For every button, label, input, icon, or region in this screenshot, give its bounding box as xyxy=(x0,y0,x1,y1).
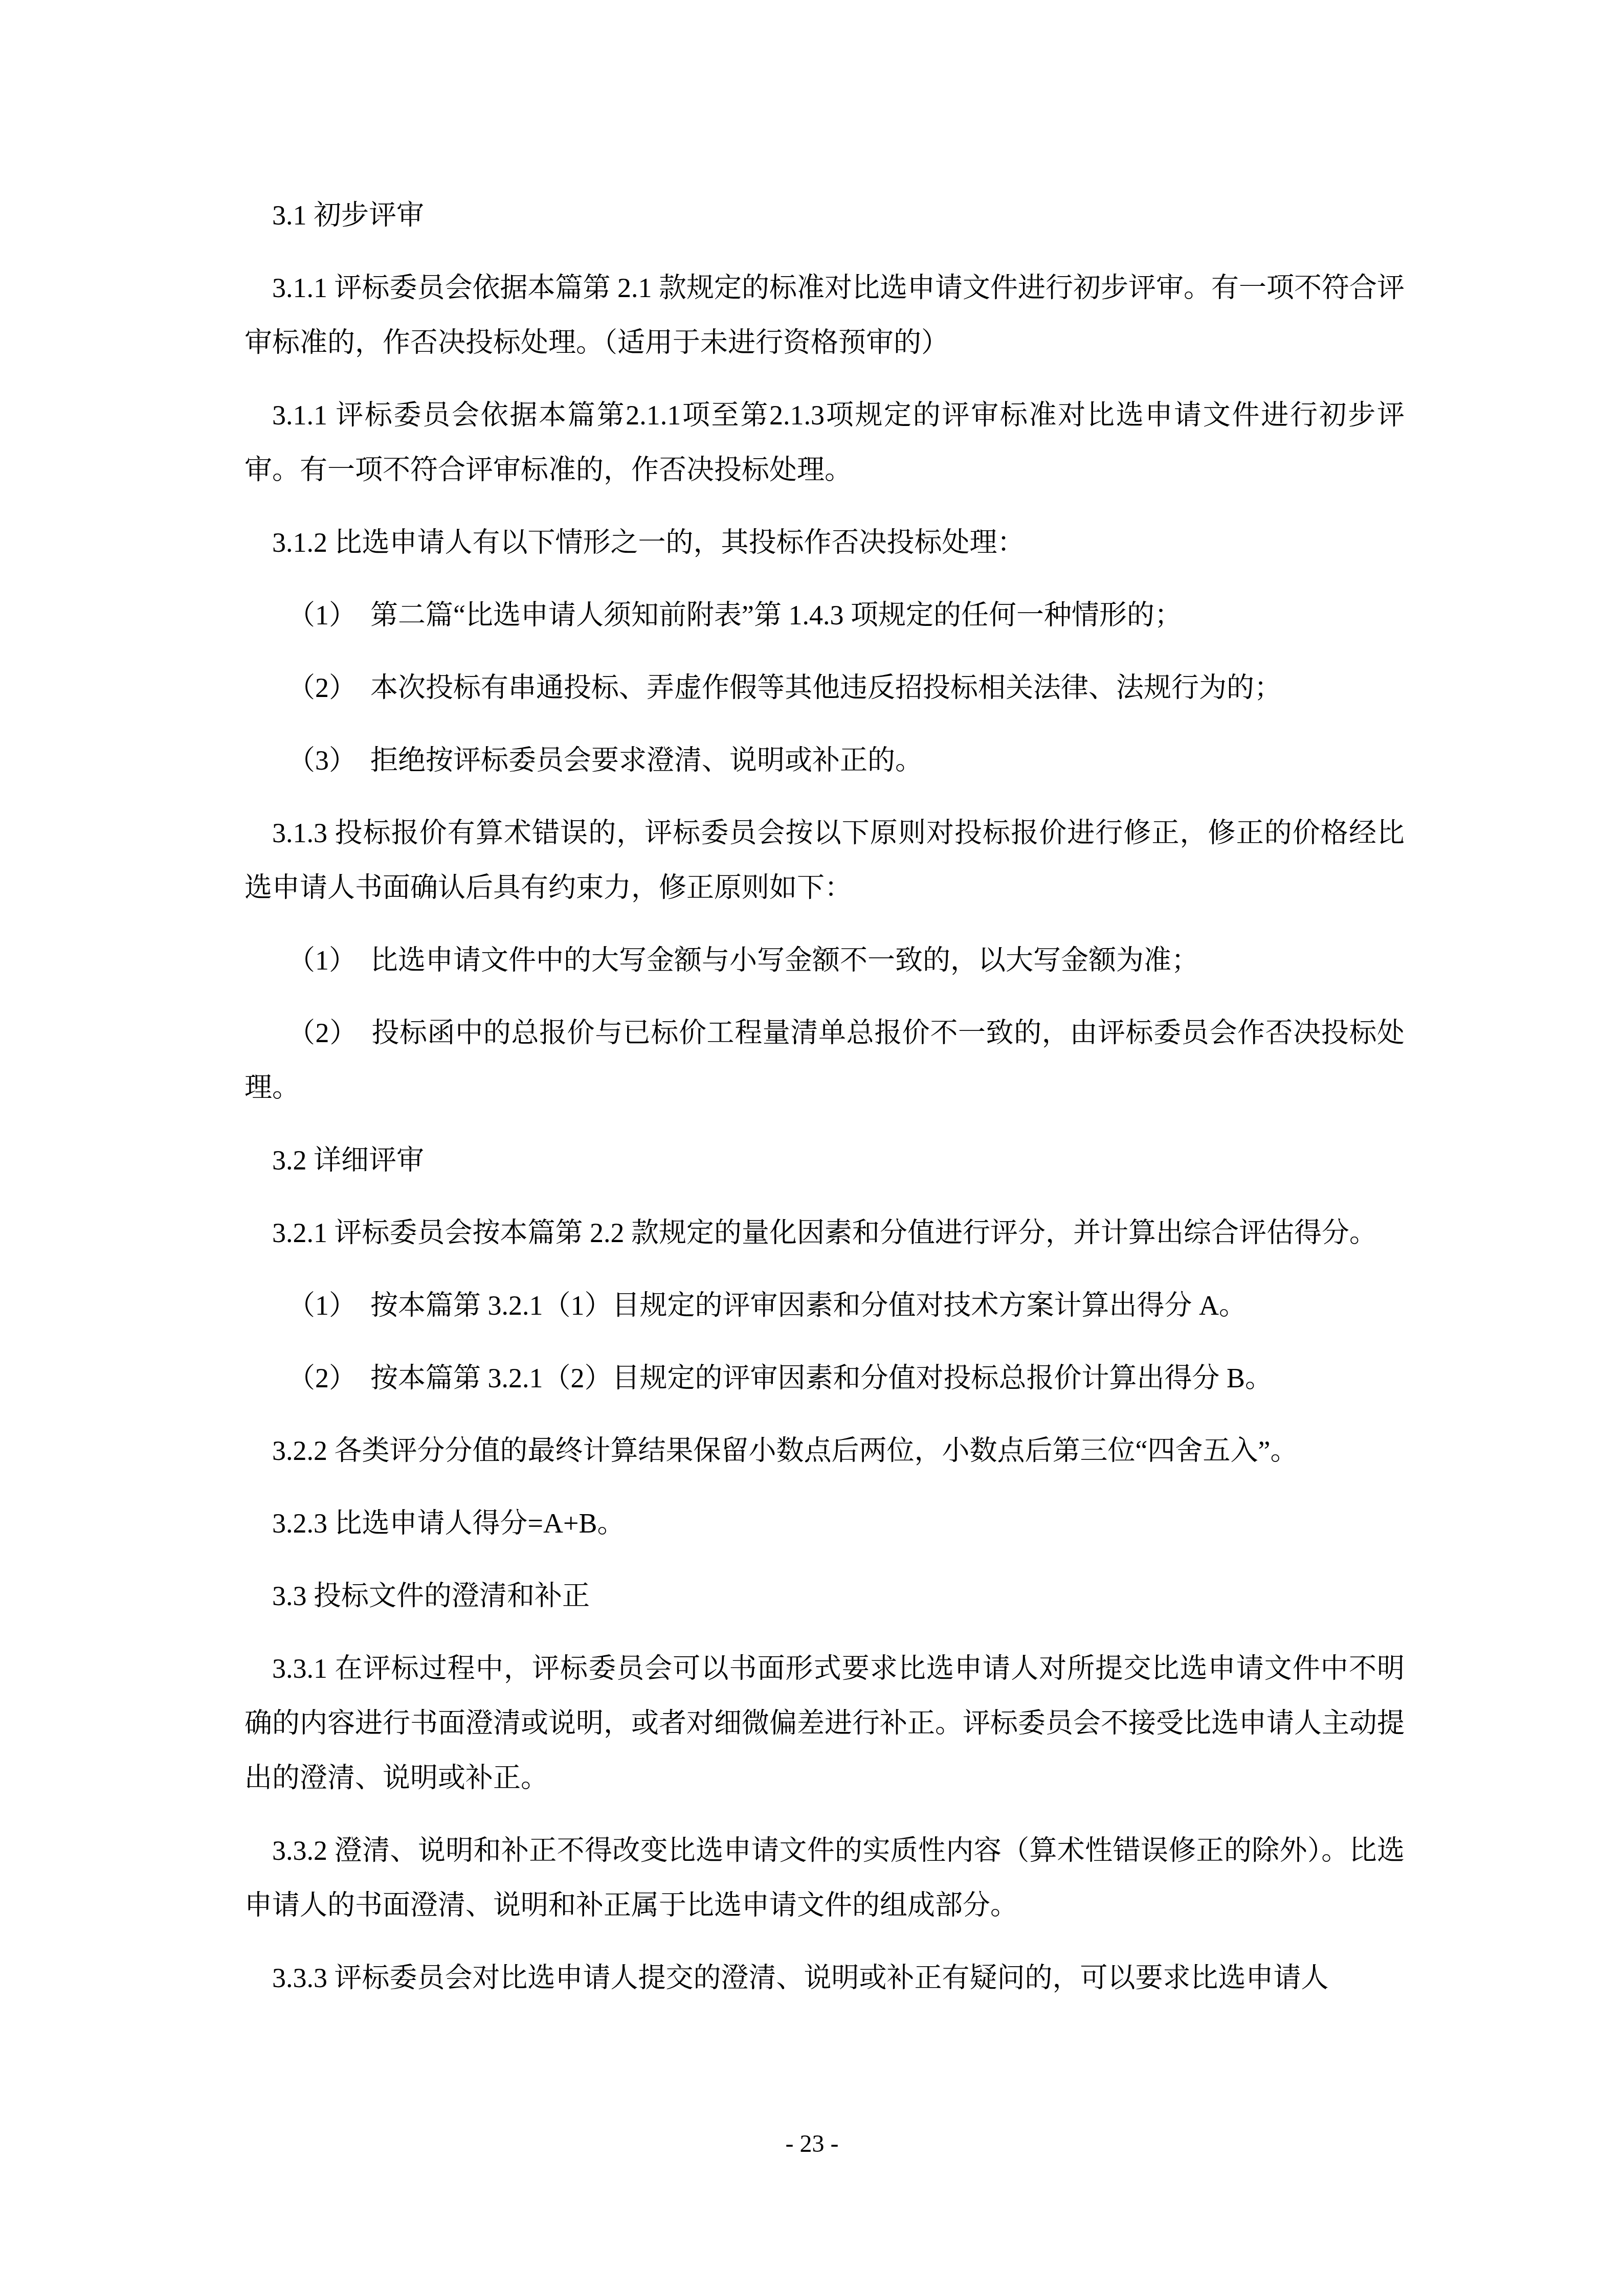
clause-3-1-heading: 3.1 初步评审 xyxy=(244,188,1405,243)
item-3-2-1-1: （1） 按本篇第 3.2.1（1）目规定的评审因素和分值对技术方案计算出得分 A… xyxy=(244,1278,1405,1333)
clause-3-3-3: 3.3.3 评标委员会对比选申请人提交的澄清、说明或补正有疑问的，可以要求比选申… xyxy=(244,1951,1405,2006)
clause-3-2-3: 3.2.3 比选申请人得分=A+B。 xyxy=(244,1496,1405,1551)
clause-3-3-1: 3.3.1 在评标过程中，评标委员会可以书面形式要求比选申请人对所提交比选申请文… xyxy=(244,1641,1405,1806)
page-number: - 23 - xyxy=(0,2130,1624,2158)
item-3-2-1-2: （2） 按本篇第 3.2.1（2）目规定的评审因素和分值对投标总报价计算出得分 … xyxy=(244,1351,1405,1406)
clause-3-2-heading: 3.2 详细评审 xyxy=(244,1133,1405,1188)
clause-3-2-1: 3.2.1 评标委员会按本篇第 2.2 款规定的量化因素和分值进行评分，并计算出… xyxy=(244,1206,1405,1260)
clause-3-1-3: 3.1.3 投标报价有算术错误的，评标委员会按以下原则对投标报价进行修正，修正的… xyxy=(244,806,1405,915)
clause-3-1-1-b: 3.1.1 评标委员会依据本篇第2.1.1项至第2.1.3项规定的评审标准对比选… xyxy=(244,388,1405,498)
item-3-1-3-2: （2） 投标函中的总报价与已标价工程量清单总报价不一致的，由评标委员会作否决投标… xyxy=(244,1006,1405,1115)
clause-3-1-2: 3.1.2 比选申请人有以下情形之一的，其投标作否决投标处理： xyxy=(244,515,1405,570)
clause-3-3-2: 3.3.2 澄清、说明和补正不得改变比选申请文件的实质性内容（算术性错误修正的除… xyxy=(244,1824,1405,1933)
clause-3-2-2: 3.2.2 各类评分分值的最终计算结果保留小数点后两位，小数点后第三位“四舍五入… xyxy=(244,1424,1405,1478)
clause-3-3-heading: 3.3 投标文件的澄清和补正 xyxy=(244,1569,1405,1624)
item-3-1-3-1: （1） 比选申请文件中的大写金额与小写金额不一致的，以大写金额为准； xyxy=(244,933,1405,988)
item-3-1-2-2: （2） 本次投标有串通投标、弄虚作假等其他违反招投标相关法律、法规行为的； xyxy=(244,661,1405,715)
document-page: 3.1 初步评审3.1.1 评标委员会依据本篇第 2.1 款规定的标准对比选申请… xyxy=(0,0,1624,2296)
item-3-1-2-1: （1） 第二篇“比选申请人须知前附表”第 1.4.3 项规定的任何一种情形的； xyxy=(244,588,1405,643)
document-body: 3.1 初步评审3.1.1 评标委员会依据本篇第 2.1 款规定的标准对比选申请… xyxy=(244,188,1405,2023)
clause-3-1-1-a: 3.1.1 评标委员会依据本篇第 2.1 款规定的标准对比选申请文件进行初步评审… xyxy=(244,261,1405,370)
item-3-1-2-3: （3） 拒绝按评标委员会要求澄清、说明或补正的。 xyxy=(244,733,1405,788)
